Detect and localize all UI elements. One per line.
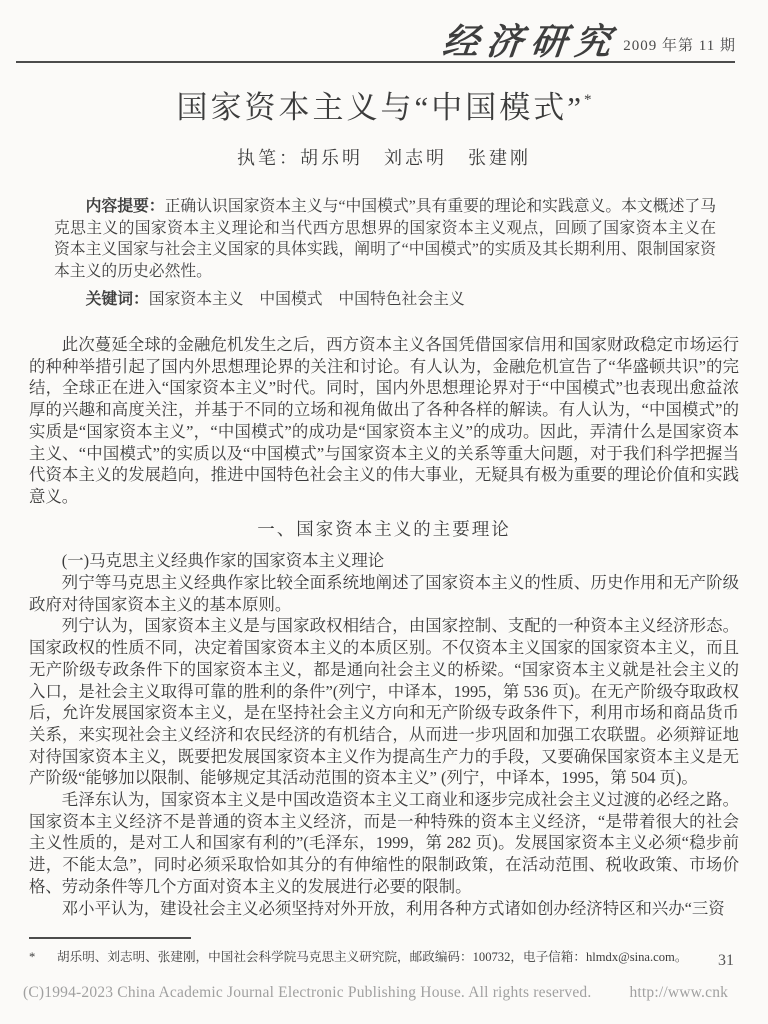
- keywords-text: 国家资本主义 中国模式 中国特色社会主义: [149, 291, 465, 308]
- page-header: 经济研究2009 年第 11 期: [16, 14, 736, 65]
- article-title-text: 国家资本主义与“中国模式”: [176, 90, 584, 125]
- paragraph-intro: 此次蔓延全球的金融危机发生之后，西方资本主义各国凭借国家信用和国家财政稳定市场运…: [29, 334, 739, 508]
- byline: 执笔：胡乐明 刘志明 张建刚: [0, 144, 768, 170]
- subsection-heading-1: (一)马克思主义经典作家的国家资本主义理论: [29, 550, 739, 572]
- abstract-paragraph: 内容提要：正确认识国家资本主义与“中国模式”具有重要的理论和实践意义。本文概述了…: [54, 196, 716, 282]
- paragraph-deng: 邓小平认为，建设社会主义必须坚持对外开放，利用各种方式诸如创办经济特区和兴办“三…: [29, 898, 739, 920]
- footnote-divider: [29, 937, 191, 939]
- article-title: 国家资本主义与“中国模式”*: [0, 82, 768, 127]
- journal-issue-info: 2009 年第 11 期: [623, 38, 736, 54]
- page-number: 31: [718, 952, 734, 970]
- header-divider: [16, 61, 735, 63]
- footnote-marker: *: [29, 948, 57, 966]
- journal-logo: 经济研究: [441, 14, 622, 65]
- paragraph-mao: 毛泽东认为，国家资本主义是中国改造资本主义工商业和逐步完成社会主义过渡的必经之路…: [29, 789, 739, 898]
- keywords-line: 关键词：国家资本主义 中国模式 中国特色社会主义: [54, 289, 716, 311]
- copyright-text: (C)1994-2023 China Academic Journal Elec…: [23, 984, 591, 1001]
- author-footnote: * 胡乐明、刘志明、张建刚，中国社会科学院马克思主义研究院，邮政编码：10073…: [29, 948, 719, 966]
- article-body: 此次蔓延全球的金融危机发生之后，西方资本主义各国凭借国家信用和国家财政稳定市场运…: [29, 334, 739, 919]
- abstract-label: 内容提要：: [86, 198, 165, 215]
- paragraph-overview: 列宁等马克思主义经典作家比较全面系统地阐述了国家资本主义的性质、历史作用和无产阶…: [29, 572, 739, 615]
- abstract-block: 内容提要：正确认识国家资本主义与“中国模式”具有重要的理论和实践意义。本文概述了…: [54, 196, 716, 311]
- scan-watermark: (C)1994-2023 China Academic Journal Elec…: [23, 984, 768, 1002]
- journal-page: 经济研究2009 年第 11 期 国家资本主义与“中国模式”* 执笔：胡乐明 刘…: [0, 0, 768, 1024]
- title-footnote-marker: *: [584, 92, 592, 108]
- paragraph-lenin: 列宁认为，国家资本主义是与国家政权相结合，由国家控制、支配的一种资本主义经济形态…: [29, 615, 739, 789]
- keywords-label: 关键词：: [86, 291, 149, 308]
- watermark-url: http://www.cnk: [629, 984, 728, 1001]
- section-heading-1: 一、国家资本主义的主要理论: [29, 519, 739, 541]
- footnote-text: 胡乐明、刘志明、张建刚，中国社会科学院马克思主义研究院，邮政编码：100732，…: [57, 948, 687, 966]
